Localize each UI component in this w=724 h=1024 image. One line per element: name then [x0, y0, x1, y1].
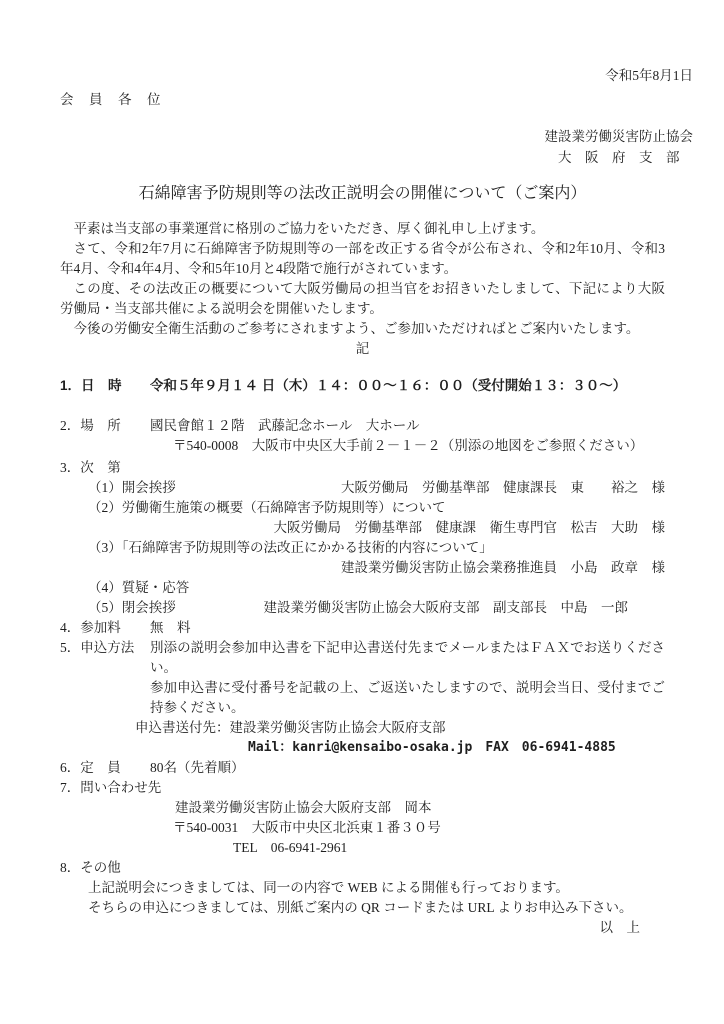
- item-agenda-heading: 3．次 第: [60, 458, 665, 478]
- item-application: 5．申込方法 別添の説明会参加申込書を下記申込書送付先までメールまたはＦＡＸでお…: [60, 638, 665, 758]
- agenda-item-5-speaker: 建設業労働災害防止協会大阪府支部 副支部長 中島 一郎: [264, 598, 666, 618]
- record-marker: 記: [60, 339, 665, 359]
- item-application-heading: 5．申込方法: [60, 638, 150, 758]
- other-web-note: 上記説明会につきましては、同一の内容で WEB による開催も行っております。: [88, 878, 665, 898]
- agenda-item-3-speaker: 建設業労働災害防止協会業務推進員 小島 政章 様: [88, 558, 665, 578]
- invitation-paragraph: 今後の労働安全衛生活動のご参考にされますよう、ご参加いただければとご案内いたしま…: [60, 319, 665, 339]
- item-datetime-value: 令和５年９月１４ 日（木）１４：００～１６：００（受付開始１３：３０～）: [150, 376, 665, 396]
- agenda-item-4: （4）質疑・応答: [88, 578, 665, 598]
- sender-branch: 大 阪 府 支 部: [545, 147, 694, 168]
- item-inquiry-heading: 7．問い合わせ先: [60, 778, 665, 798]
- item-venue: 2．場 所 國民會館１２階 武藤記念ホール 大ホール 〒540-0008 大阪市…: [60, 416, 665, 456]
- agenda-item-5: （5）閉会挨拶 建設業労働災害防止協会大阪府支部 副支部長 中島 一郎: [88, 598, 665, 618]
- announcement-paragraph: この度、その法改正の概要について大阪労働局の担当官をお招きいたしまして、下記によ…: [60, 279, 665, 319]
- item-capacity-value: 80名（先着順）: [150, 758, 665, 778]
- item-inquiry: 7．問い合わせ先 建設業労働災害防止協会大阪府支部 岡本 〒540-0031 大…: [60, 778, 665, 858]
- item-datetime: 1．日 時 令和５年９月１４ 日（木）１４：００～１６：００（受付開始１３：３０…: [60, 376, 665, 396]
- item-fee: 4．参加料 無 料: [60, 618, 665, 638]
- recipient-line: 会 員 各 位: [60, 90, 665, 110]
- application-instruction-1: 別添の説明会参加申込書を下記申込書送付先までメールまたはＦＡＸでお送りください。: [150, 638, 665, 678]
- agenda-list: （1）開会挨拶 大阪労働局 労働基準部 健康課長 東 裕之 様 （2）労働衛生施…: [88, 478, 665, 618]
- application-destination: 申込書送付先：建設業労働災害防止協会大阪府支部: [135, 718, 665, 738]
- application-mail-fax: Mail：kanri@kensaibo-osaka.jp FAX 06-6941…: [248, 738, 665, 758]
- item-other-heading: 8．その他: [60, 858, 665, 878]
- venue-name: 國民會館１２階 武藤記念ホール 大ホール: [150, 416, 665, 436]
- item-capacity: 6．定 員 80名（先着順）: [60, 758, 665, 778]
- item-other: 8．その他 上記説明会につきましては、同一の内容で WEB による開催も行ってお…: [60, 858, 665, 918]
- sender-block: 建設業労働災害防止協会 大 阪 府 支 部: [60, 126, 693, 168]
- application-instruction-2: 参加申込書に受付番号を記載の上、ご返送いたしますので、説明会当日、受付までご持参…: [150, 678, 665, 718]
- item-datetime-heading: 1．日 時: [60, 376, 150, 396]
- agenda-item-2-label: （2）労働衛生施策の概要（石綿障害予防規則等）について: [88, 498, 665, 518]
- item-capacity-heading: 6．定 員: [60, 758, 150, 778]
- venue-address: 〒540-0008 大阪市中央区大手前２－１－２（別添の地図をご参照ください）: [173, 436, 665, 456]
- agenda-item-1: （1）開会挨拶 大阪労働局 労働基準部 健康課長 東 裕之 様: [88, 478, 665, 498]
- item-fee-value: 無 料: [150, 618, 665, 638]
- agenda-item-2: （2）労働衛生施策の概要（石綿障害予防規則等）について 大阪労働局 労働基準部 …: [88, 498, 665, 538]
- agenda-item-5-label: （5）閉会挨拶: [88, 598, 176, 618]
- agenda-item-4-label: （4）質疑・応答: [88, 578, 665, 598]
- agenda-item-1-label: （1）開会挨拶: [88, 478, 176, 498]
- document-title: 石綿障害予防規則等の法改正説明会の開催について（ご案内）: [60, 182, 665, 206]
- inquiry-phone: TEL 06-6941-2961: [233, 838, 665, 858]
- item-fee-heading: 4．参加料: [60, 618, 150, 638]
- agenda-item-3-label: （3）「石綿障害予防規則等の法改正にかかる技術的内容について」: [88, 538, 665, 558]
- inquiry-address: 〒540-0031 大阪市中央区北浜東１番３０号: [173, 818, 665, 838]
- agenda-item-2-speaker: 大阪労働局 労働基準部 健康課 衛生専門官 松吉 大助 様: [88, 518, 665, 538]
- item-venue-heading: 2．場 所: [60, 416, 150, 456]
- closing-marker: 以 上: [60, 918, 640, 938]
- background-paragraph: さて、令和2年7月に石綿障害予防規則等の一部を改正する省令が公布され、令和2年1…: [60, 239, 665, 279]
- greeting-paragraph: 平素は当支部の事業運営に格別のご協力をいただき、厚く御礼申し上げます。: [60, 219, 665, 239]
- other-qr-note: そちらの申込につきましては、別紙ご案内の QR コードまたは URL よりお申込…: [88, 898, 665, 918]
- sender-organization: 建設業労働災害防止協会: [545, 126, 694, 147]
- document-date: 令和5年8月1日: [60, 66, 693, 86]
- document-page: 令和5年8月1日 会 員 各 位 建設業労働災害防止協会 大 阪 府 支 部 石…: [0, 0, 724, 1024]
- inquiry-contact-name: 建設業労働災害防止協会大阪府支部 岡本: [175, 798, 665, 818]
- agenda-item-1-speaker: 大阪労働局 労働基準部 健康課長 東 裕之 様: [341, 478, 665, 498]
- agenda-item-3: （3）「石綿障害予防規則等の法改正にかかる技術的内容について」 建設業労働災害防…: [88, 538, 665, 578]
